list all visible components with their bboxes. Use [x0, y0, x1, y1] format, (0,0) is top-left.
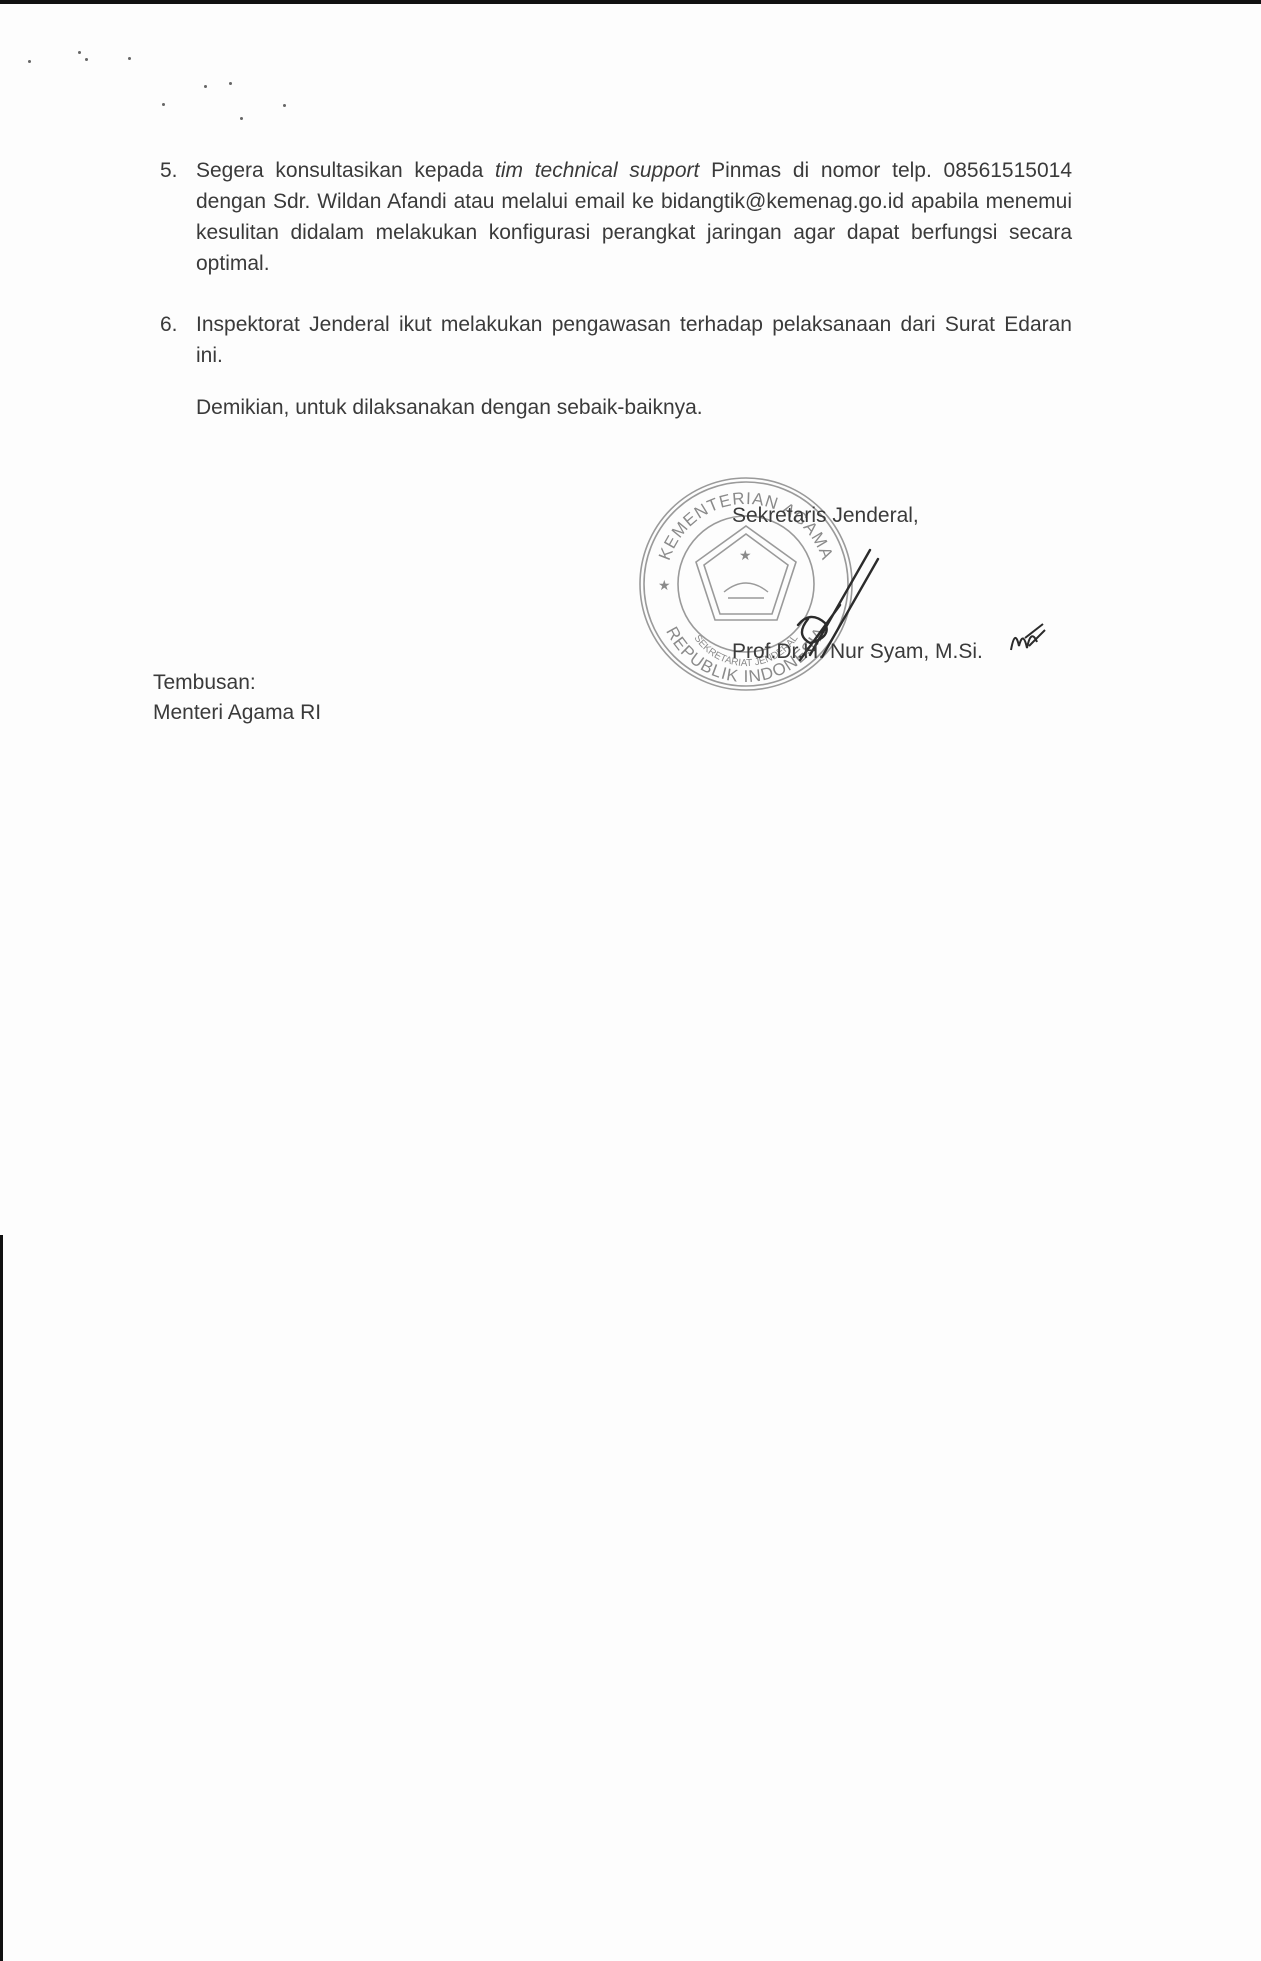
cc-label: Tembusan: [153, 668, 321, 698]
initials-paraf-icon [1007, 620, 1047, 656]
list-item-5: 5. Segera konsultasikan kepada tim techn… [160, 155, 1072, 279]
item-number: 6. [160, 309, 178, 340]
signatory-name: Prof.Dr.H. Nur Syam, M.Si. [732, 640, 983, 664]
item-text: Segera konsultasikan kepada tim technica… [196, 155, 1072, 279]
signatory-title: Sekretaris Jenderal, [732, 504, 919, 528]
scan-border-left [0, 1235, 3, 1961]
item-text: Inspektorat Jenderal ikut melakukan peng… [196, 309, 1072, 371]
svg-text:★: ★ [739, 547, 752, 563]
carbon-copy-section: Tembusan: Menteri Agama RI [153, 668, 321, 728]
italic-term: tim technical support [495, 159, 699, 182]
svg-text:★: ★ [658, 577, 671, 593]
cc-recipient: Menteri Agama RI [153, 698, 321, 728]
item-number: 5. [160, 155, 178, 186]
closing-sentence: Demikian, untuk dilaksanakan dengan seba… [196, 396, 703, 420]
scan-border-top [0, 0, 1261, 4]
list-item-6: 6. Inspektorat Jenderal ikut melakukan p… [160, 309, 1072, 371]
